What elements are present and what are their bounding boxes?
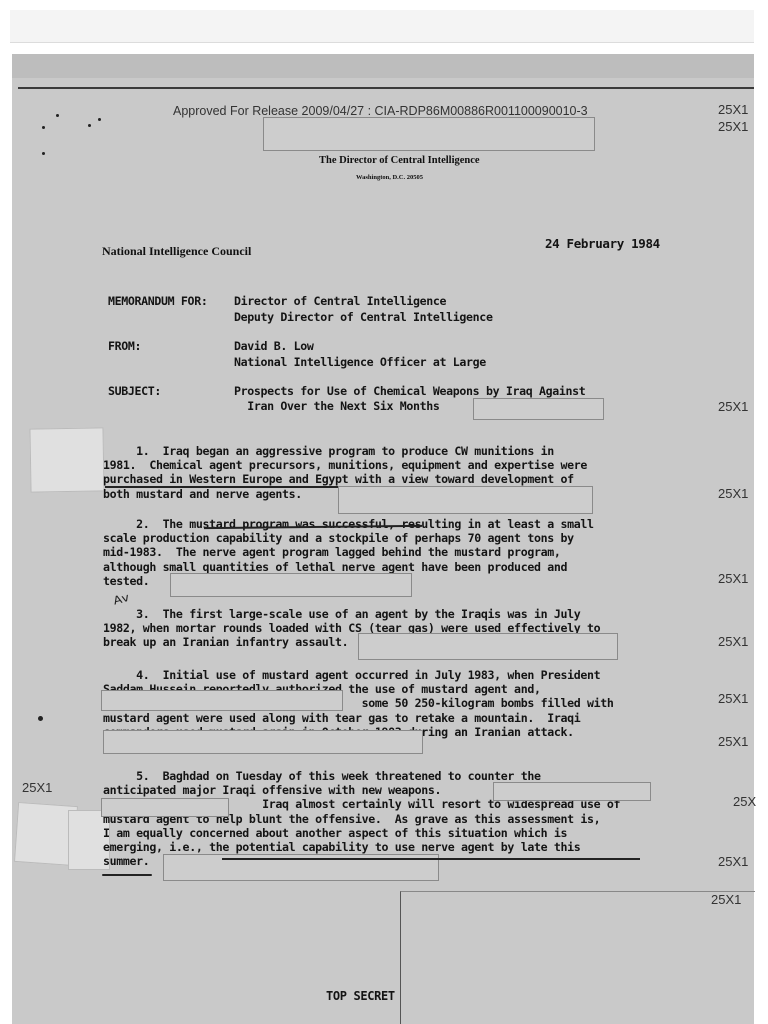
text-line: I am equally concerned about another asp… <box>103 826 620 840</box>
memo-for-line: Director of Central Intelligence <box>234 294 446 308</box>
scan-edge-line <box>18 87 754 89</box>
text-line: 1. Iraq began an aggressive program to p… <box>103 444 587 458</box>
classification-marking: TOP SECRET <box>326 989 395 1003</box>
redaction-code: 25X1 <box>718 691 748 706</box>
scan-speck <box>42 126 45 129</box>
redaction-code: 25X1 <box>718 854 748 869</box>
redaction-box <box>358 633 618 660</box>
viewer-top-bar <box>10 10 754 43</box>
redaction-code: 25X1 <box>718 634 748 649</box>
redaction-code: 25X1 <box>711 892 741 907</box>
memo-for-label: MEMORANDUM FOR: <box>108 294 207 308</box>
text-line: 4. Initial use of mustard agent occurred… <box>103 668 614 682</box>
letterhead-title: The Director of Central Intelligence <box>319 155 480 166</box>
text-line: scale production capability and a stockp… <box>103 531 594 545</box>
memo-from-line: National Intelligence Officer at Large <box>234 355 486 369</box>
memo-subject-line: Iran Over the Next Six Months <box>234 399 440 413</box>
redaction-block <box>400 891 755 1024</box>
redaction-code: 25X <box>733 794 756 809</box>
text-line: 2. The mustard program was successful, r… <box>103 517 594 531</box>
text-line: 1981. Chemical agent precursors, munitio… <box>103 458 587 472</box>
memo-date: 24 February 1984 <box>545 237 660 251</box>
document-page: Approved For Release 2009/04/27 : CIA-RD… <box>12 54 754 1024</box>
redaction-code: 25X1 <box>718 119 748 134</box>
redaction-box <box>473 398 604 420</box>
redaction-code: 25X1 <box>718 102 748 117</box>
redaction-code: 25X1 <box>22 780 52 795</box>
redaction-box <box>170 573 412 597</box>
redaction-code: 25X1 <box>718 571 748 586</box>
text-line: purchased in Western Europe and Egypt wi… <box>103 472 587 486</box>
handwritten-underline <box>102 874 152 876</box>
scan-speck <box>98 118 101 121</box>
redaction-box <box>493 782 651 801</box>
scan-shade <box>12 54 754 78</box>
text-line: mustard agent were used along with tear … <box>103 711 614 725</box>
scan-speck <box>42 152 45 155</box>
memo-from-line: David B. Low <box>234 339 314 353</box>
text-line: emerging, i.e., the potential capability… <box>103 840 620 854</box>
paper-patch <box>29 427 104 492</box>
scan-speck <box>88 124 91 127</box>
memo-for-line: Deputy Director of Central Intelligence <box>234 310 493 324</box>
redaction-code: 25X1 <box>718 734 748 749</box>
memo-subject-label: SUBJECT: <box>108 384 161 398</box>
text-line: 3. The first large-scale use of an agent… <box>103 607 600 621</box>
redaction-box <box>263 117 595 151</box>
handwritten-underline <box>222 858 640 860</box>
letterhead-address: Washington, D.C. 20505 <box>356 174 423 181</box>
text-line: mid-1983. The nerve agent program lagged… <box>103 545 594 559</box>
redaction-code: 25X1 <box>718 486 748 501</box>
redaction-box <box>338 486 593 514</box>
text-line: although small quantities of lethal nerv… <box>103 560 594 574</box>
redaction-box <box>101 798 229 817</box>
scan-speck <box>56 114 59 117</box>
memo-from-label: FROM: <box>108 339 141 353</box>
memo-subject-line: Prospects for Use of Chemical Weapons by… <box>234 384 585 398</box>
redaction-box <box>103 730 423 754</box>
redaction-code: 25X1 <box>718 399 748 414</box>
release-stamp: Approved For Release 2009/04/27 : CIA-RD… <box>173 104 588 118</box>
redaction-box <box>101 690 343 711</box>
scan-speck <box>38 716 43 721</box>
organization: National Intelligence Council <box>102 244 251 259</box>
